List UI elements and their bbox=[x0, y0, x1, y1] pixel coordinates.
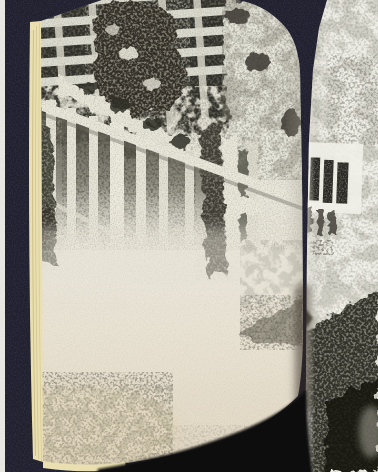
film-grain-upper bbox=[36, 0, 306, 250]
photo-of-open-photobook bbox=[0, 0, 378, 472]
baluster bbox=[329, 212, 336, 235]
right-photo-upper-speckle bbox=[328, 55, 378, 145]
frame-edge-highlight bbox=[0, 0, 5, 472]
left-page bbox=[0, 0, 325, 472]
gutter-soft-shadow bbox=[295, 285, 311, 410]
baluster bbox=[318, 210, 324, 234]
